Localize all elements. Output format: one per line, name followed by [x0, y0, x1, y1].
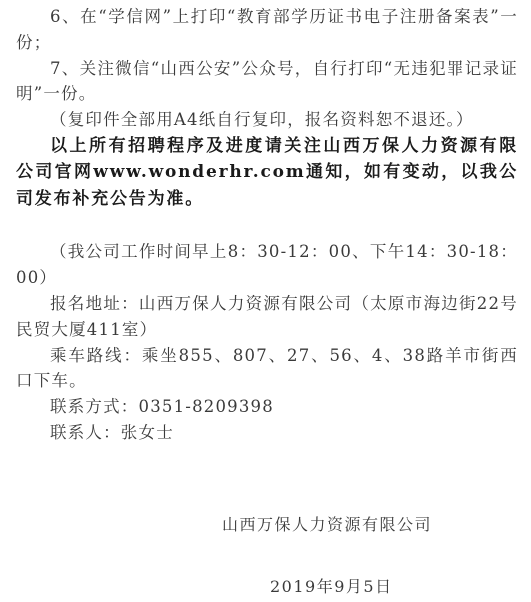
copy-note-paragraph: （复印件全部用A4纸自行复印，报名资料恕不退还。）: [16, 107, 518, 133]
notice-paragraph: 以上所有招聘程序及进度请关注山西万保人力资源有限公司官网www.wonderhr…: [16, 133, 518, 213]
work-hours-paragraph: （我公司工作时间早上8：30-12：00、下午14：30-18：00）: [16, 239, 518, 291]
item-6-paragraph: 6、在“学信网”上打印“教育部学历证书电子注册备案表”一份；: [16, 4, 518, 56]
bus-route-paragraph: 乘车路线：乘坐855、807、27、56、4、38路羊市街西口下车。: [16, 343, 518, 395]
blank-line: [16, 212, 518, 239]
address-paragraph: 报名地址：山西万保人力资源有限公司（太原市海边街22号民贸大厦411室）: [16, 291, 518, 343]
signature-date: 2019年9月5日: [270, 574, 393, 597]
contact-phone-paragraph: 联系方式：0351-8209398: [16, 394, 518, 420]
item-7-paragraph: 7、关注微信“山西公安”公众号，自行打印“无违犯罪记录证明”一份。: [16, 56, 518, 108]
document-body: 6、在“学信网”上打印“教育部学历证书电子注册备案表”一份； 7、关注微信“山西…: [16, 4, 518, 446]
contact-person-paragraph: 联系人：张女士: [16, 420, 518, 446]
signature-company: 山西万保人力资源有限公司: [222, 512, 432, 535]
